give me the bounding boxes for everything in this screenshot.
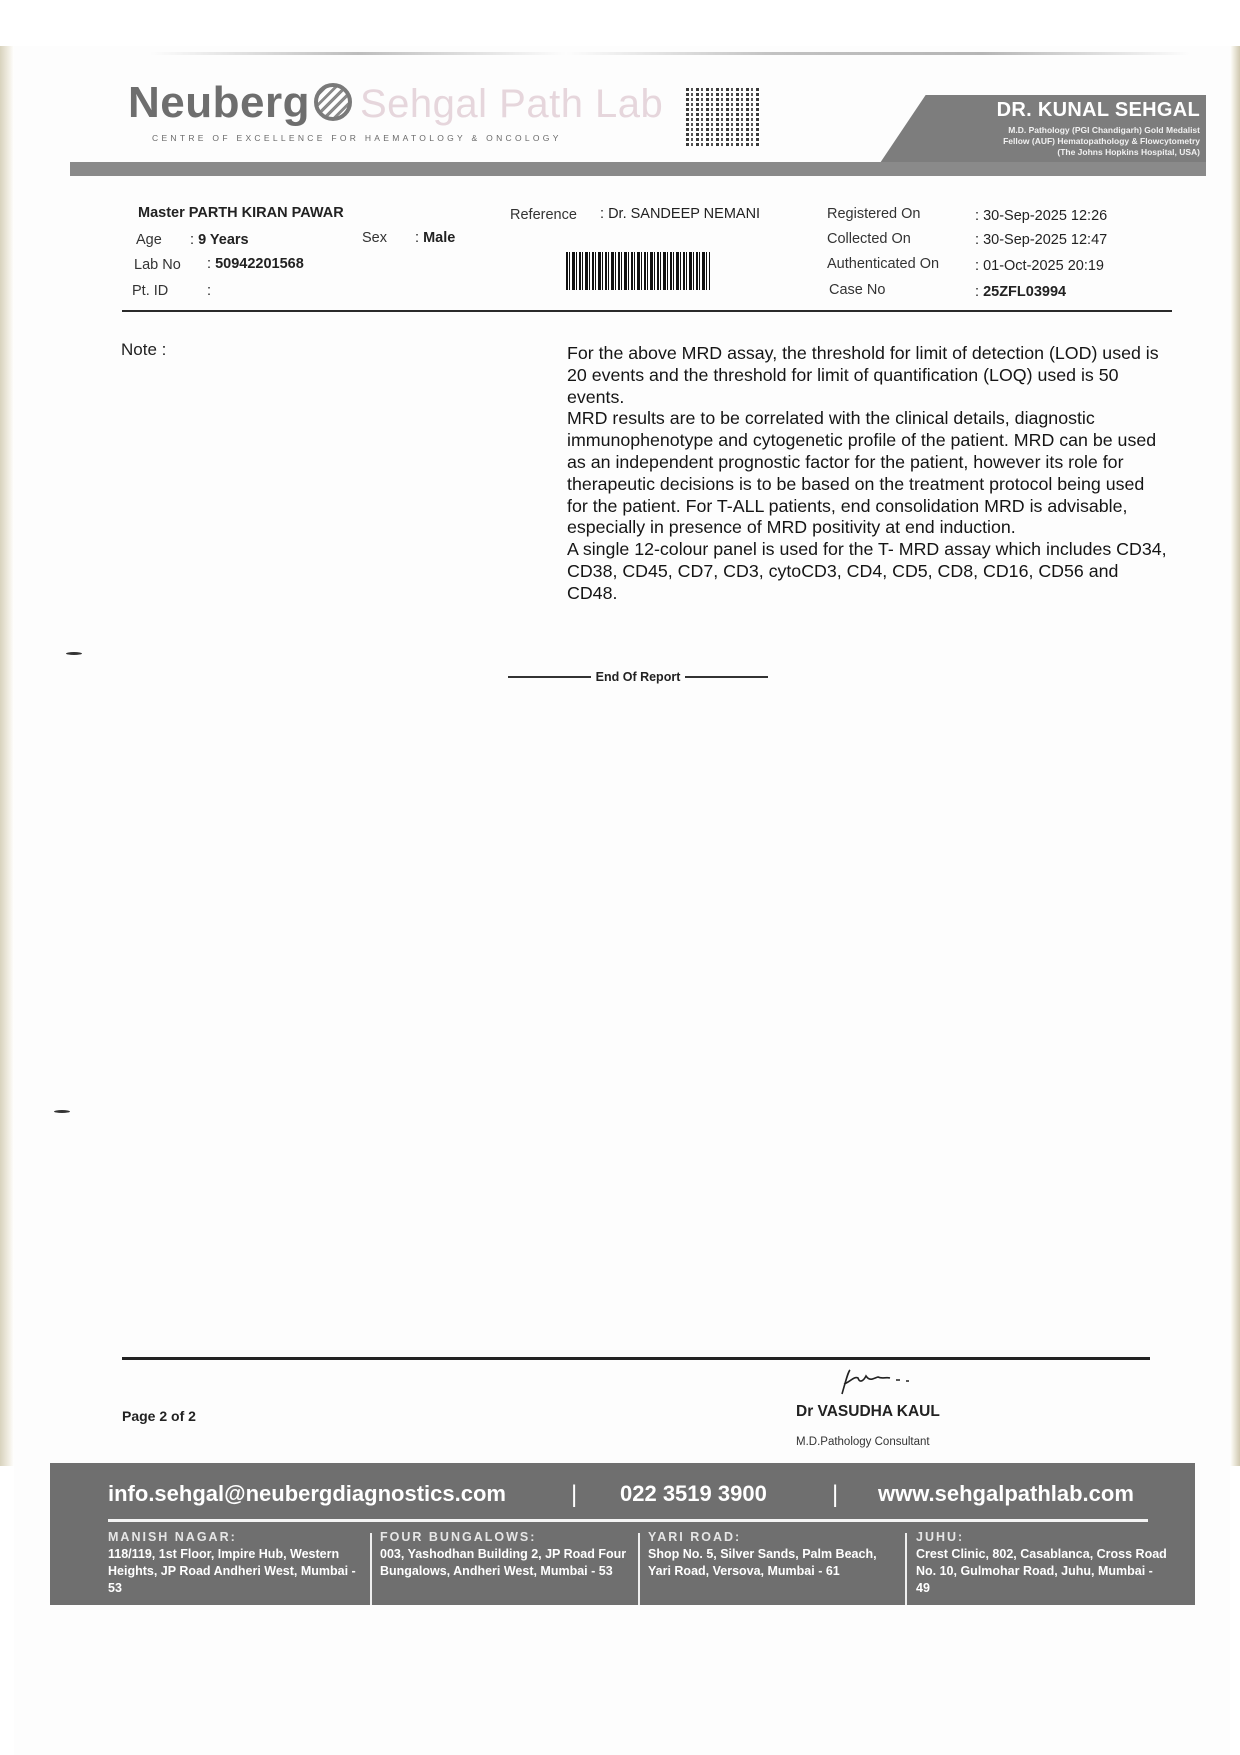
footer-band: info.sehgal@neubergdiagnostics.com | 022… <box>50 1463 1195 1605</box>
note-paragraph: A single 12-colour panel is used for the… <box>567 539 1167 604</box>
branch-yari-road: YARI ROAD: Shop No. 5, Silver Sands, Pal… <box>648 1529 900 1580</box>
scan-margin-top <box>0 0 1240 46</box>
note-label: Note : <box>121 340 166 360</box>
qr-code-icon <box>686 86 760 146</box>
divider <box>508 676 591 678</box>
scan-edge-left <box>0 46 14 1466</box>
collected-value: 30-Sep-2025 12:47 <box>983 232 1107 248</box>
footer-separator: | <box>571 1481 577 1509</box>
end-of-report: End Of Report <box>508 670 768 684</box>
doctor-credential: (The Johns Hopkins Hospital, USA) <box>1057 147 1200 157</box>
registered-label: Registered On <box>827 206 921 222</box>
branch-juhu: JUHU: Crest Clinic, 802, Casablanca, Cro… <box>916 1529 1168 1597</box>
note-paragraph: For the above MRD assay, the threshold f… <box>567 343 1167 408</box>
authenticated-value: 01-Oct-2025 20:19 <box>983 258 1104 274</box>
page-number: Page 2 of 2 <box>122 1408 196 1424</box>
branch-manish-nagar: MANISH NAGAR: 118/119, 1st Floor, Impire… <box>108 1529 360 1597</box>
footer-separator <box>122 1357 1150 1360</box>
authenticated-label: Authenticated On <box>827 256 939 272</box>
column-divider <box>905 1533 907 1605</box>
reference-label: Reference <box>510 207 577 223</box>
case-no-value: 25ZFL03994 <box>983 284 1066 300</box>
pt-id-label: Pt. ID <box>132 283 168 299</box>
neuberg-swirl-icon <box>314 83 352 121</box>
collected-label: Collected On <box>827 231 911 247</box>
branch-address: 118/119, 1st Floor, Impire Hub, Western … <box>108 1546 360 1597</box>
branch-address: Shop No. 5, Silver Sands, Palm Beach, Ya… <box>648 1546 900 1580</box>
barcode <box>566 252 710 290</box>
lab-no-value: 50942201568 <box>215 256 304 272</box>
brand-subname: Sehgal Path Lab <box>360 82 663 126</box>
footer-rule <box>108 1519 1148 1522</box>
note-text: For the above MRD assay, the threshold f… <box>567 343 1167 605</box>
branch-address: Crest Clinic, 802, Casablanca, Cross Roa… <box>916 1546 1168 1597</box>
reference-value: Dr. SANDEEP NEMANI <box>608 206 760 222</box>
registered-value: 30-Sep-2025 12:26 <box>983 208 1107 224</box>
doctor-name: DR. KUNAL SEHGAL <box>997 99 1200 122</box>
lab-tagline: CENTRE OF EXCELLENCE FOR HAEMATOLOGY & O… <box>152 133 562 143</box>
patient-name: Master PARTH KIRAN PAWAR <box>138 205 344 221</box>
scan-edge-right <box>1230 46 1240 1466</box>
footer-website: www.sehgalpathlab.com <box>878 1481 1134 1507</box>
sex-label: Sex <box>362 230 387 246</box>
fold-mark <box>150 52 1190 55</box>
branch-name: MANISH NAGAR: <box>108 1529 360 1546</box>
end-of-report-text: End Of Report <box>596 670 681 684</box>
signature-icon <box>836 1366 926 1396</box>
age-value: 9 Years <box>198 232 249 248</box>
lab-logo: NeubergSehgal Path Lab <box>128 78 663 128</box>
branch-four-bungalows: FOUR BUNGALOWS: 003, Yashodhan Building … <box>380 1529 632 1580</box>
branch-name: JUHU: <box>916 1529 1168 1546</box>
lab-no-label: Lab No <box>134 257 181 273</box>
footer-email: info.sehgal@neubergdiagnostics.com <box>108 1481 506 1507</box>
header-band <box>70 162 1206 176</box>
scan-speck <box>66 652 82 655</box>
doctor-credential: M.D. Pathology (PGI Chandigarh) Gold Med… <box>1008 125 1200 135</box>
case-no-label: Case No <box>829 282 885 298</box>
signatory-name: Dr VASUDHA KAUL <box>796 1403 940 1421</box>
signatory-title: M.D.Pathology Consultant <box>796 1436 930 1448</box>
patient-info-separator <box>122 310 1172 312</box>
doctor-credential: Fellow (AUF) Hematopathology & Flowcytom… <box>1003 136 1200 146</box>
age-label: Age <box>136 232 162 248</box>
column-divider <box>370 1533 372 1605</box>
footer-phone: 022 3519 3900 <box>620 1481 767 1507</box>
brand-name: Neuberg <box>128 78 310 127</box>
column-divider <box>638 1533 640 1605</box>
branch-address: 003, Yashodhan Building 2, JP Road Four … <box>380 1546 632 1580</box>
branch-name: YARI ROAD: <box>648 1529 900 1546</box>
scan-speck <box>54 1110 70 1113</box>
sex-value: Male <box>423 230 455 246</box>
footer-separator: | <box>832 1481 838 1509</box>
branch-name: FOUR BUNGALOWS: <box>380 1529 632 1546</box>
note-paragraph: MRD results are to be correlated with th… <box>567 408 1167 539</box>
divider <box>685 676 768 678</box>
